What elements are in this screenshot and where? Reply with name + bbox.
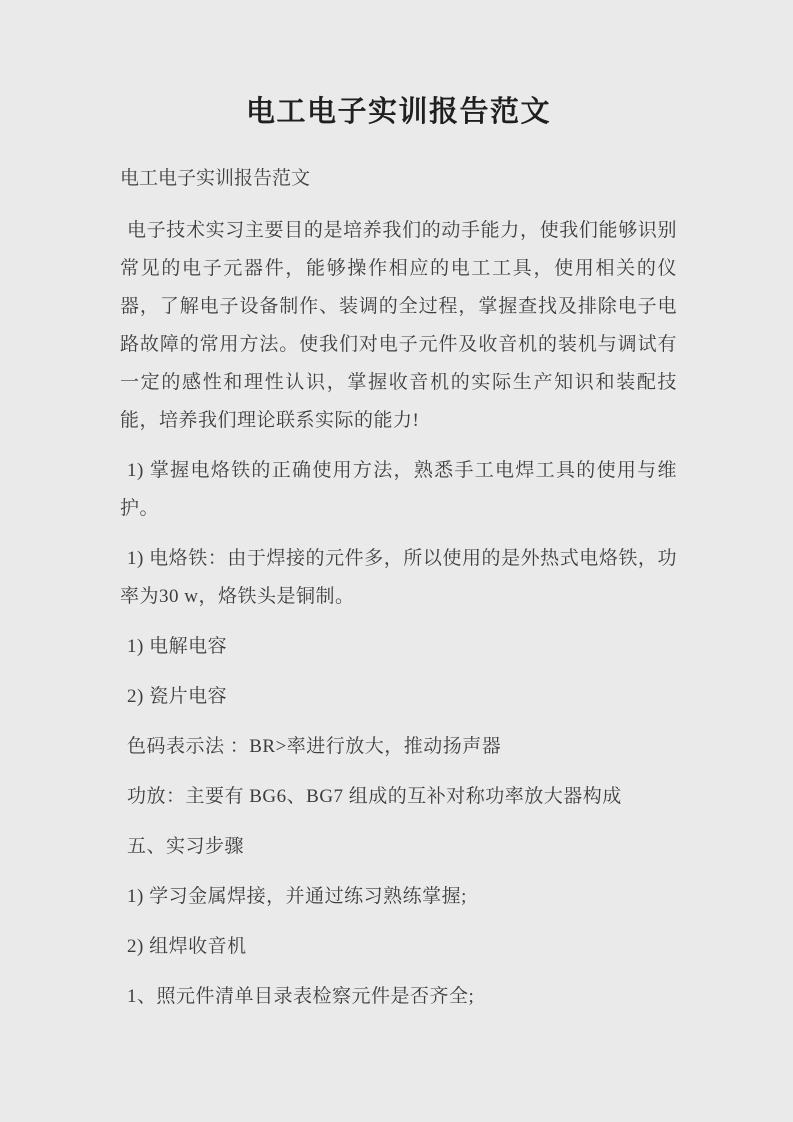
paragraph-step-radio: 2) 组焊收音机: [120, 928, 677, 966]
paragraph-item-electrolytic-capacitor: 1) 电解电容: [120, 628, 677, 666]
paragraph-step-checklist: 1、照元件清单目录表检察元件是否齐全;: [120, 978, 677, 1016]
paragraph-amplifier: 功放：主要有 BG6、BG7 组成的互补对称功率放大器构成: [120, 778, 677, 816]
paragraph-item-solder-iron: 1) 电烙铁：由于焊接的元件多，所以使用的是外热式电烙铁，功率为30 w，烙铁头…: [120, 540, 677, 616]
document-title: 电工电子实训报告范文: [120, 92, 677, 132]
document-subtitle: 电工电子实训报告范文: [120, 160, 677, 198]
paragraph-item-solder-usage: 1) 掌握电烙铁的正确使用方法，熟悉手工电焊工具的使用与维护。: [120, 452, 677, 528]
paragraph-step-welding: 1) 学习金属焊接，并通过练习熟练掌握;: [120, 878, 677, 916]
paragraph-intro: 电子技术实习主要目的是培养我们的动手能力，使我们能够识别常见的电子元器件，能够操…: [120, 212, 677, 440]
document-page: 电工电子实训报告范文 电工电子实训报告范文 电子技术实习主要目的是培养我们的动手…: [0, 0, 793, 1122]
paragraph-item-ceramic-capacitor: 2) 瓷片电容: [120, 678, 677, 716]
paragraph-section-heading-steps: 五、实习步骤: [120, 828, 677, 866]
paragraph-color-code: 色码表示法 ：BR>率进行放大，推动扬声器: [120, 728, 677, 766]
